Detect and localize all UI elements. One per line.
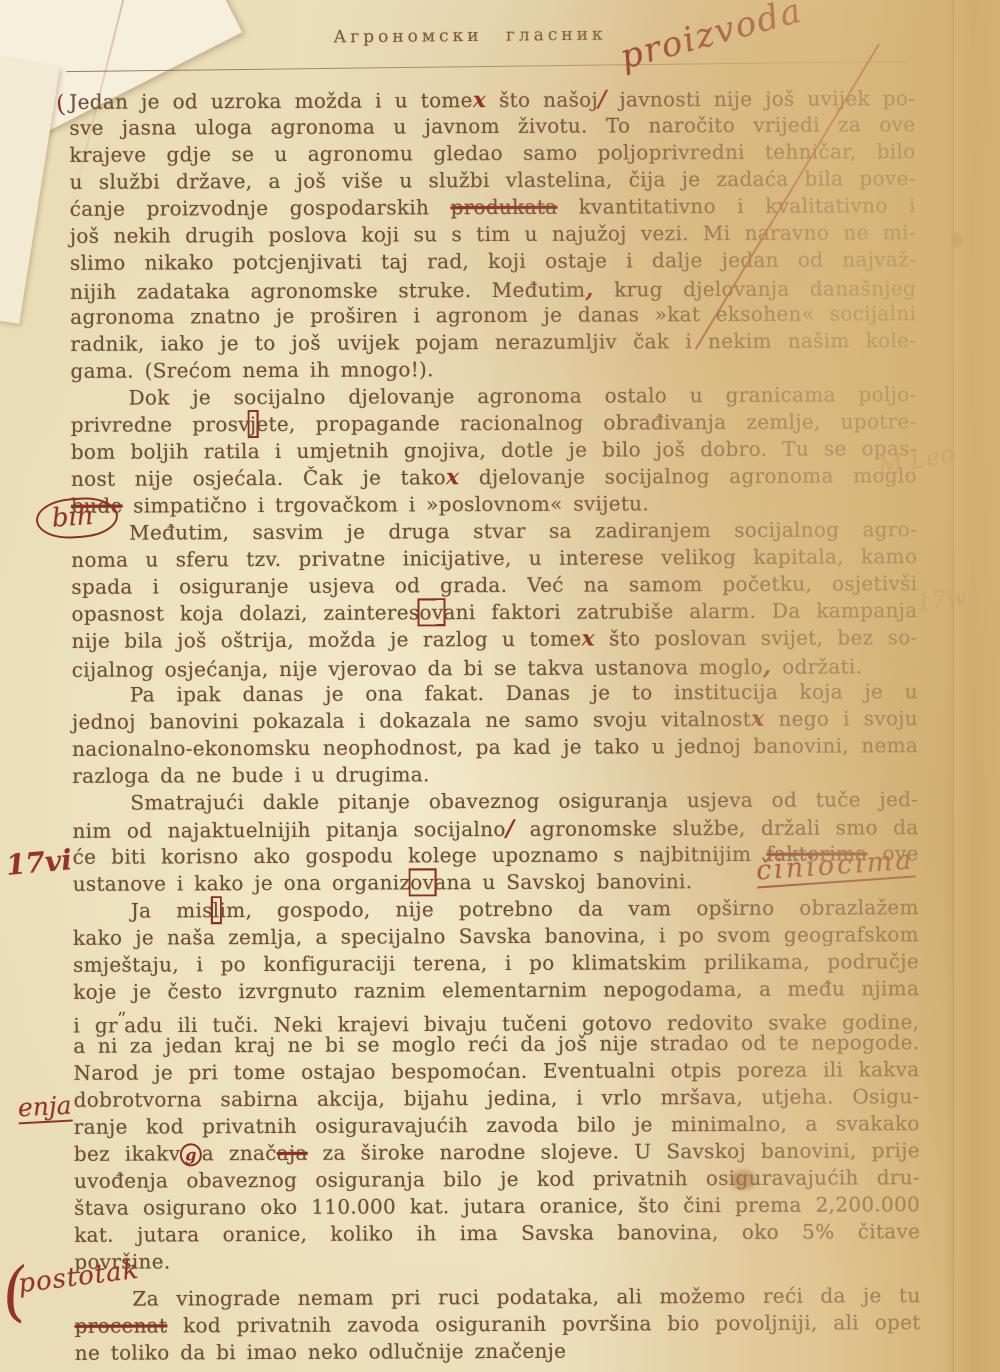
text-line: nost nije osjećala. Čak je takox djelova… <box>71 462 917 493</box>
text-line: Narod je pri tome ostajao bespomoćan. Ev… <box>73 1056 919 1087</box>
text-line: Dok je socijalno djelovanje agronoma ost… <box>71 381 917 412</box>
text-line: štava osigurano oko 110.000 kat. jutara … <box>74 1191 920 1222</box>
text-line: Jedan je od uzroka možda i u tomex što n… <box>69 84 915 115</box>
text-line: nacionalno-ekonomsku neophodnost, pa kad… <box>72 732 918 763</box>
margin-proof-mark-right: 17w <box>915 583 969 616</box>
text-line: još nekih drugih poslova koji su s tim u… <box>70 219 916 250</box>
text-line: nije bila još oštrija, možda je razlog u… <box>72 624 918 655</box>
text-line: bez ikakvga značaja za široke narodne sl… <box>74 1137 920 1168</box>
text-line: i grʺadu ili tuči. Neki krajevi bivaju t… <box>73 1002 919 1033</box>
text-line: procenat kod privatnih zavoda osiguranih… <box>75 1309 921 1340</box>
text-line: razloga da ne bude i u drugima. <box>72 759 918 790</box>
text-line: cijalnog osjećanja, nije vjerovao da bi … <box>72 651 918 682</box>
text-line: kat. jutara oranice, koliko ih ima Savsk… <box>74 1218 920 1249</box>
text-line: površine. <box>74 1245 920 1276</box>
text-line: radnik, iako je to još uvijek pojam nera… <box>70 327 916 358</box>
masthead-rule <box>66 61 908 72</box>
text-line: nim od najaktuelnijih pitanja socijalno/… <box>72 813 918 844</box>
text-line: bude simpatično i trgovačkom i »poslovno… <box>71 489 917 520</box>
text-line: Ja mislim, gospodo, nije potrebno da vam… <box>73 894 919 925</box>
text-line: opasnost koja dolazi, zainteresovani fak… <box>71 597 917 628</box>
page-edge-shadow <box>944 0 954 1372</box>
text-line: gama. (Srećom nema ih mnogo!). <box>70 354 916 385</box>
text-line: dobrotvorna sabirna akcija, bijahu jedin… <box>74 1083 920 1114</box>
text-line: nijih zadataka agronomske struke. Međuti… <box>70 273 916 304</box>
text-line: kako je naša zemlja, a specijalno Savska… <box>73 921 919 952</box>
text-line: a ni za jedan kraj ne bi se moglo reći d… <box>73 1029 919 1060</box>
text-line: slimo nikako potcjenjivati taj rad, koji… <box>70 246 916 277</box>
text-line: smještaju, i po konfiguraciji terena, i … <box>73 948 919 979</box>
text-line: Međutim, sasvim je druga stvar sa zadira… <box>71 516 917 547</box>
body-text: Jedan je od uzroka možda i u tomex što n… <box>69 84 921 1367</box>
text-line: privredne prosvjete, propagande racional… <box>71 408 917 439</box>
scanned-document-page: Агрономски гласник Jedan je od uzroka mo… <box>0 0 1000 1372</box>
text-line: bom boljih ratila i umjetnih gnojiva, do… <box>71 435 917 466</box>
text-line: ranje kod privatnih osiguravajućih zavod… <box>74 1110 920 1141</box>
red-paren-mark: ( <box>0 1255 32 1332</box>
text-line: spada i osiguranje usjeva od grada. Već … <box>71 570 917 601</box>
overlapping-sheet-left <box>0 56 60 324</box>
text-line: jednoj banovini pokazala i dokazala ne s… <box>72 705 918 736</box>
text-line: uvođenja obaveznog osiguranja bilo je ko… <box>74 1164 920 1195</box>
text-line: Pa ipak danas je ona fakat. Danas je to … <box>72 678 918 709</box>
text-line: sve jasna uloga agronoma u javnom životu… <box>69 111 915 142</box>
text-line: Za vinograde nemam pri ruci podataka, al… <box>74 1282 920 1313</box>
paper-stain <box>730 1170 756 1190</box>
ink-smudge <box>952 232 962 248</box>
text-line: noma u sferu tzv. privatne inicijative, … <box>71 543 917 574</box>
margin-proof-mark-left: 17vi <box>5 843 74 882</box>
text-line: Smatrajući dakle pitanje obaveznog osigu… <box>72 786 918 817</box>
text-line: agronoma znatno je proširen i agronom je… <box>70 300 916 331</box>
text-line: ne toliko da bi imao neko odlučnije znač… <box>75 1336 921 1367</box>
text-line: koje je često izvrgnuto raznim elementar… <box>73 975 919 1006</box>
margin-note-enja: enja <box>17 1091 72 1125</box>
text-line: ćanje proizvodnje gospodarskih produkata… <box>70 192 916 223</box>
page-edge-band <box>953 0 1000 1372</box>
text-line: krajeve gdje se u agronomu gledao samo p… <box>69 138 915 169</box>
